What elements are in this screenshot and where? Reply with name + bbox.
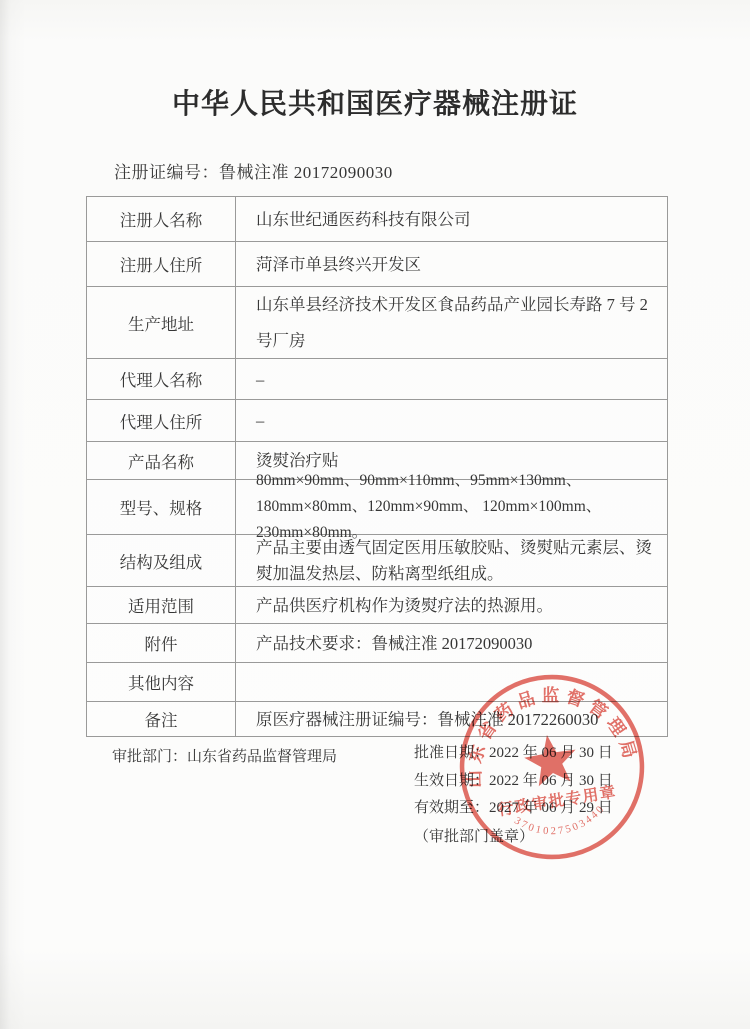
table-row: 附件 产品技术要求：鲁械注准 20172090030 [87, 623, 667, 662]
certificate-page: { "title": "中华人民共和国医疗器械注册证", "reg_no": {… [0, 0, 750, 1029]
row-label: 备注 [87, 702, 236, 736]
table-row: 型号、规格 80mm×90mm、90mm×110mm、95mm×130mm、18… [87, 479, 667, 534]
table-row: 注册人住所 菏泽市单县终兴开发区 [87, 241, 667, 286]
approval-department-line: 审批部门：山东省药品监督管理局 [112, 745, 337, 766]
row-value: 产品供医疗机构作为烫熨疗法的热源用。 [236, 587, 667, 623]
row-value [236, 663, 667, 701]
row-label: 产品名称 [87, 442, 236, 479]
row-value: 原医疗器械注册证编号：鲁械注准 20172260030 [236, 702, 667, 736]
table-row: 注册人名称 山东世纪通医药科技有限公司 [87, 197, 667, 241]
approval-date-line: 批准日期：2022 年 06 月 30 日 [414, 740, 613, 768]
row-label: 结构及组成 [87, 535, 236, 586]
row-value: 菏泽市单县终兴开发区 [236, 242, 667, 286]
row-value: 山东单县经济技术开发区食品药品产业园长寿路 7 号 2 号厂房 [236, 287, 667, 358]
certificate-table: 注册人名称 山东世纪通医药科技有限公司 注册人住所 菏泽市单县终兴开发区 生产地… [86, 196, 668, 737]
row-value: – [236, 400, 667, 441]
row-label: 适用范围 [87, 587, 236, 623]
effective-date-line: 生效日期：2022 年 06 月 30 日 [414, 768, 613, 796]
expiry-date-line: 有效期至：2027 年 06 月 29 日 [414, 795, 613, 823]
row-value: 产品技术要求：鲁械注准 20172090030 [236, 624, 667, 662]
row-label: 代理人名称 [87, 359, 236, 399]
row-value: 山东世纪通医药科技有限公司 [236, 197, 667, 241]
row-value: 产品主要由透气固定医用压敏胶贴、烫熨贴元素层、烫熨加温发热层、防粘离型纸组成。 [236, 535, 667, 586]
row-value: – [236, 359, 667, 399]
date-block: 批准日期：2022 年 06 月 30 日 生效日期：2022 年 06 月 3… [414, 740, 613, 851]
row-value: 80mm×90mm、90mm×110mm、95mm×130mm、180mm×80… [236, 480, 667, 534]
row-label: 附件 [87, 624, 236, 662]
table-row: 结构及组成 产品主要由透气固定医用压敏胶贴、烫熨贴元素层、烫熨加温发热层、防粘离… [87, 534, 667, 586]
table-row: 代理人住所 – [87, 399, 667, 441]
row-label: 注册人名称 [87, 197, 236, 241]
table-row: 其他内容 [87, 662, 667, 701]
seal-note: （审批部门盖章） [414, 824, 613, 852]
table-row: 生产地址 山东单县经济技术开发区食品药品产业园长寿路 7 号 2 号厂房 [87, 286, 667, 358]
row-label: 生产地址 [87, 287, 236, 358]
row-label: 代理人住所 [87, 400, 236, 441]
row-label: 注册人住所 [87, 242, 236, 286]
registration-number-line: 注册证编号：鲁械注准 20172090030 [114, 158, 393, 183]
row-label: 型号、规格 [87, 480, 236, 534]
page-title: 中华人民共和国医疗器械注册证 [0, 82, 750, 122]
table-row: 备注 原医疗器械注册证编号：鲁械注准 20172260030 [87, 701, 667, 736]
row-label: 其他内容 [87, 663, 236, 701]
table-row: 适用范围 产品供医疗机构作为烫熨疗法的热源用。 [87, 586, 667, 623]
table-row: 代理人名称 – [87, 358, 667, 399]
